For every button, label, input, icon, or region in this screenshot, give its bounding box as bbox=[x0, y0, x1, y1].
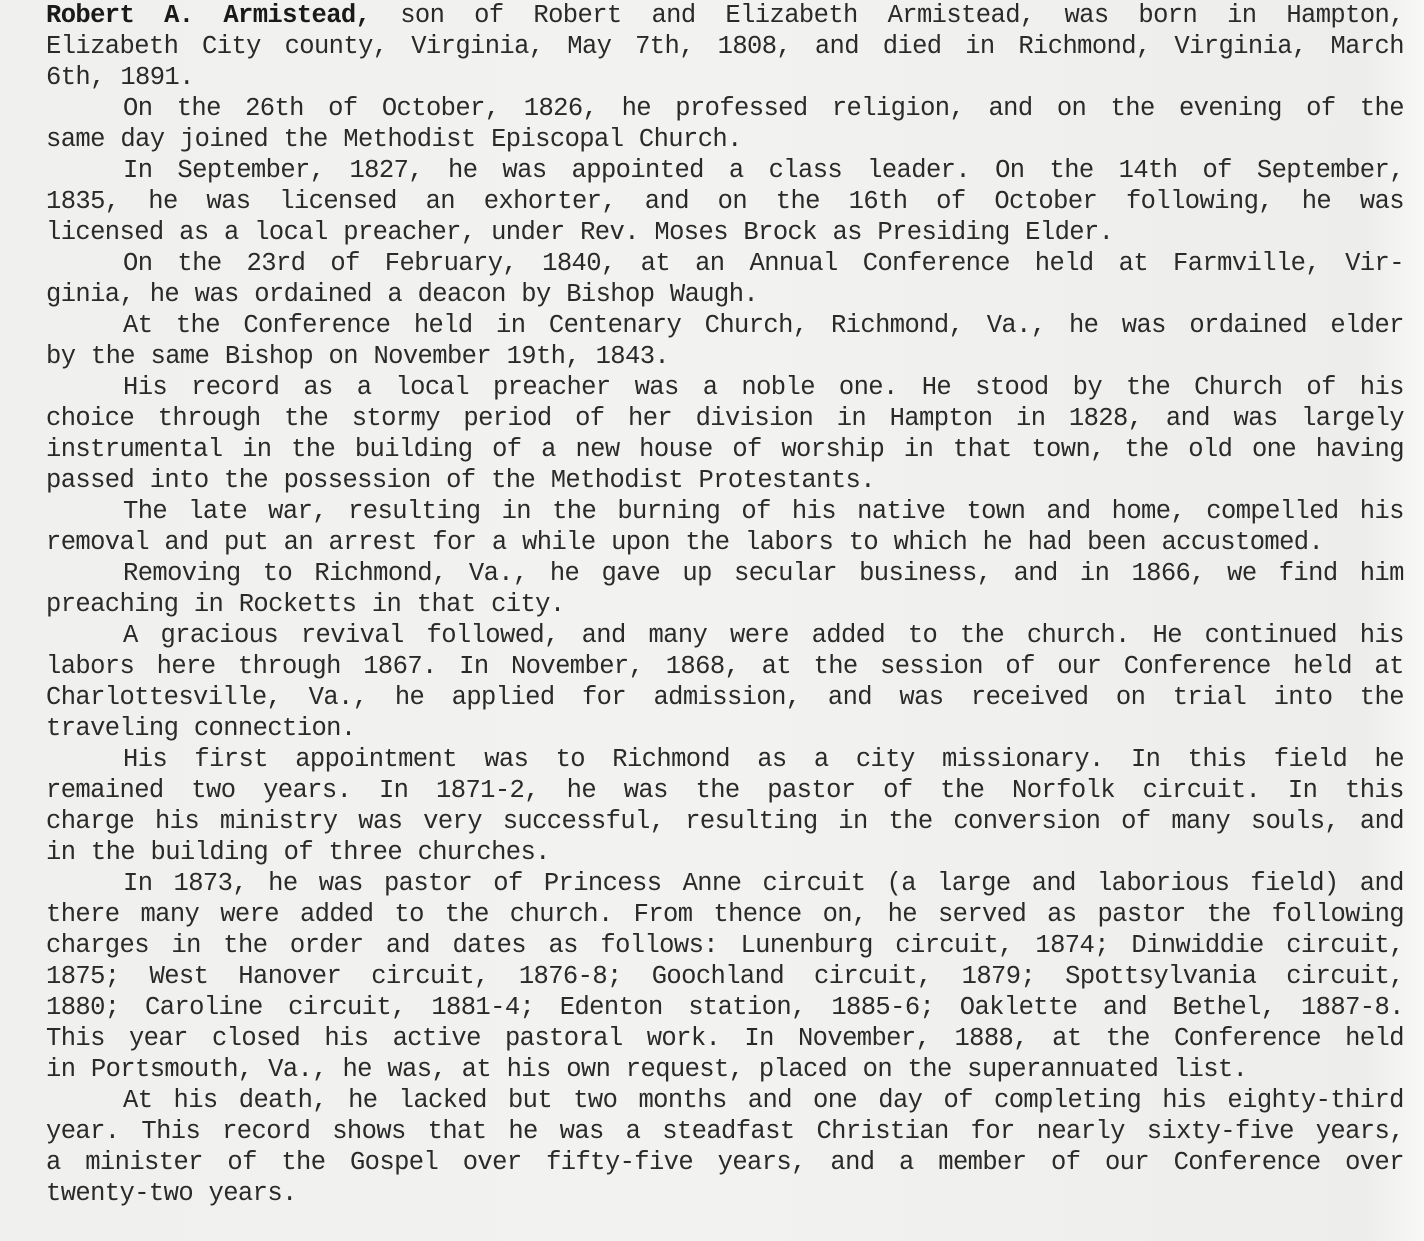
word: the bbox=[1106, 1023, 1150, 1054]
word: his bbox=[792, 496, 836, 527]
word: he bbox=[550, 558, 579, 589]
word: Rocketts bbox=[239, 589, 357, 620]
word: pastoral bbox=[505, 1023, 623, 1054]
text-line: laborsherethrough1867.InNovember,1868,at… bbox=[46, 651, 1404, 682]
word: field bbox=[1274, 744, 1348, 775]
word: placed bbox=[759, 1054, 847, 1085]
word: circuit bbox=[763, 868, 866, 899]
word: of bbox=[492, 434, 521, 465]
word: 1868, bbox=[666, 651, 740, 682]
word: years, bbox=[1316, 1116, 1404, 1147]
word: building bbox=[355, 434, 473, 465]
word: of bbox=[883, 775, 912, 806]
word: the bbox=[888, 806, 932, 837]
word: choice bbox=[46, 403, 134, 434]
word: Charlottesville, bbox=[46, 682, 281, 713]
word: of bbox=[284, 837, 313, 868]
word: Conference bbox=[1174, 1023, 1321, 1054]
word: Robert bbox=[533, 0, 621, 31]
word: and bbox=[828, 682, 872, 713]
word: traveling bbox=[46, 713, 178, 744]
word: in bbox=[1227, 0, 1256, 31]
word: From bbox=[634, 899, 693, 930]
word: business, bbox=[859, 558, 991, 589]
word: Conference bbox=[863, 248, 1010, 279]
word: 1840, bbox=[542, 248, 616, 279]
word: at bbox=[1374, 651, 1403, 682]
word: the bbox=[1050, 155, 1094, 186]
word: the bbox=[1360, 93, 1404, 124]
word: preacher bbox=[493, 372, 611, 403]
word: same bbox=[46, 124, 105, 155]
text-line: In1873,hewaspastorofPrincessAnnecircuit(… bbox=[46, 868, 1404, 899]
word: a bbox=[492, 527, 507, 558]
word: a bbox=[814, 744, 829, 775]
word: a bbox=[626, 1116, 641, 1147]
word: November bbox=[373, 341, 491, 372]
word: by bbox=[46, 341, 75, 372]
word: and bbox=[651, 0, 695, 31]
word: ordained bbox=[254, 279, 372, 310]
text-line: HisfirstappointmentwastoRichmondasacitym… bbox=[46, 744, 1404, 775]
word: his bbox=[155, 806, 199, 837]
word: one. bbox=[839, 372, 898, 403]
word: Anne bbox=[683, 868, 742, 899]
word: In bbox=[1288, 775, 1317, 806]
word: of bbox=[1121, 806, 1150, 837]
word: in bbox=[46, 837, 75, 868]
word: superannuated bbox=[967, 1054, 1158, 1085]
word: completing bbox=[994, 1085, 1141, 1116]
word: Virginia, bbox=[411, 31, 543, 62]
word: Presiding bbox=[877, 217, 1009, 248]
word: leader. bbox=[867, 155, 970, 186]
text-line: instrumentalinthebuildingofanewhouseofwo… bbox=[46, 434, 1404, 465]
word: native bbox=[857, 496, 945, 527]
word: that bbox=[953, 434, 1012, 465]
word: held bbox=[1293, 651, 1352, 682]
paragraph-late-war: Thelatewar,resultingintheburningofhisnat… bbox=[46, 496, 1404, 558]
word: Vir- bbox=[1345, 248, 1404, 279]
word: following, bbox=[1126, 186, 1273, 217]
word: order bbox=[290, 930, 364, 961]
word: Richmond bbox=[612, 744, 730, 775]
word: labors bbox=[745, 527, 833, 558]
word: His bbox=[123, 744, 167, 775]
paragraph-revival: Agraciousrevivalfollowed,andmanywereadde… bbox=[46, 620, 1404, 744]
word: he bbox=[983, 527, 1012, 558]
word: building bbox=[151, 837, 269, 868]
word: served bbox=[938, 899, 1026, 930]
word: Conference bbox=[1174, 1147, 1321, 1178]
word: at bbox=[1052, 1023, 1081, 1054]
word: 1891. bbox=[120, 62, 194, 93]
word: Conference bbox=[1124, 651, 1271, 682]
word: at bbox=[762, 651, 791, 682]
word: Moses bbox=[654, 217, 728, 248]
word: March bbox=[1330, 31, 1404, 62]
word: a bbox=[899, 1147, 914, 1178]
word: church. bbox=[1027, 620, 1130, 651]
word: 6th, bbox=[46, 62, 105, 93]
word: the bbox=[1360, 682, 1404, 713]
word: Church. bbox=[639, 124, 742, 155]
word: active bbox=[393, 1023, 481, 1054]
word: the bbox=[177, 248, 221, 279]
word: we bbox=[1227, 558, 1256, 589]
word: a bbox=[703, 372, 718, 403]
word: 1885-6; bbox=[831, 992, 934, 1023]
word: admission, bbox=[653, 682, 800, 713]
word: 1875; bbox=[46, 961, 120, 992]
word: in bbox=[838, 806, 867, 837]
word: compelled bbox=[1206, 496, 1338, 527]
text-line: ginia,hewasordainedadeaconbyBishopWaugh. bbox=[46, 279, 1404, 310]
word: Methodist bbox=[343, 124, 475, 155]
word: He bbox=[922, 372, 951, 403]
text-line: Thisyearclosedhisactivepastoralwork.InNo… bbox=[46, 1023, 1404, 1054]
word: member bbox=[938, 1147, 1026, 1178]
word: and bbox=[645, 186, 689, 217]
word: of bbox=[936, 186, 965, 217]
word: gracious bbox=[160, 620, 278, 651]
word: held bbox=[1345, 1023, 1404, 1054]
word: one bbox=[813, 1085, 857, 1116]
word: missionary. bbox=[942, 744, 1104, 775]
word: of bbox=[1306, 93, 1335, 124]
word: held bbox=[414, 310, 473, 341]
word: years. bbox=[209, 1178, 297, 1209]
word: that bbox=[417, 589, 476, 620]
word: applied bbox=[452, 682, 555, 713]
word: was bbox=[195, 279, 239, 310]
paragraph-birth-death: RobertA.Armistead,sonofRobertandElizabet… bbox=[46, 0, 1404, 93]
word: very bbox=[423, 806, 482, 837]
word: had bbox=[1028, 527, 1072, 558]
word: of bbox=[493, 868, 522, 899]
word: the bbox=[814, 651, 858, 682]
word: was bbox=[899, 682, 943, 713]
word: he bbox=[342, 1054, 371, 1085]
text-line: bythesameBishoponNovember19th,1843. bbox=[46, 341, 1404, 372]
word: Bethel, bbox=[1173, 992, 1276, 1023]
word: him bbox=[1360, 558, 1404, 589]
word: Rev. bbox=[580, 217, 639, 248]
word: house bbox=[639, 434, 713, 465]
paragraph-death: Athisdeath,helackedbuttwomonthsandoneday… bbox=[46, 1085, 1404, 1209]
word: dates bbox=[452, 930, 526, 961]
word: year. bbox=[46, 1116, 120, 1147]
word: large bbox=[937, 868, 1011, 899]
word: town bbox=[966, 496, 1025, 527]
word: circuit, bbox=[288, 992, 406, 1023]
word: In bbox=[459, 651, 488, 682]
word: added bbox=[812, 620, 886, 651]
word: here bbox=[157, 651, 216, 682]
text-line: chargehisministrywasverysuccessful,resul… bbox=[46, 806, 1404, 837]
word: souls, bbox=[1251, 806, 1339, 837]
word: 14th bbox=[1119, 155, 1178, 186]
word: a bbox=[729, 155, 744, 186]
word: and bbox=[1166, 403, 1210, 434]
word: under bbox=[491, 217, 565, 248]
word: while bbox=[522, 527, 596, 558]
text-line: Onthe23rdofFebruary,1840,atanAnnualConfe… bbox=[46, 248, 1404, 279]
word: 1827, bbox=[349, 155, 423, 186]
word: Virginia, bbox=[1174, 31, 1306, 62]
word: 1876-8; bbox=[519, 961, 622, 992]
word: laborious bbox=[1097, 868, 1229, 899]
word: steadfast bbox=[662, 1116, 794, 1147]
word: exhorter, bbox=[484, 186, 616, 217]
word: pastor bbox=[767, 775, 855, 806]
word: nearly bbox=[1037, 1116, 1125, 1147]
paragraph-first-appointment: HisfirstappointmentwastoRichmondasacitym… bbox=[46, 744, 1404, 868]
text-line: licensedasalocalpreacher,underRev.MosesB… bbox=[46, 217, 1404, 248]
word: at bbox=[1119, 248, 1148, 279]
word: of bbox=[741, 496, 770, 527]
word: Bishop bbox=[225, 341, 313, 372]
word: At bbox=[123, 1085, 152, 1116]
word: 1835, bbox=[46, 186, 120, 217]
word: ginia, bbox=[46, 279, 134, 310]
word: find bbox=[1279, 558, 1338, 589]
word: ministry bbox=[220, 806, 338, 837]
word: on bbox=[1116, 682, 1145, 713]
word: new bbox=[575, 434, 619, 465]
word: 26th bbox=[245, 93, 304, 124]
word: death, bbox=[239, 1085, 327, 1116]
word: field) bbox=[1250, 868, 1338, 899]
word: 1808, bbox=[718, 31, 792, 62]
word: over bbox=[463, 1147, 522, 1178]
word: The bbox=[123, 496, 167, 527]
word: through bbox=[238, 651, 341, 682]
word: to bbox=[908, 620, 937, 651]
word: in bbox=[194, 589, 223, 620]
word: having bbox=[1316, 434, 1404, 465]
text-line: remainedtwoyears.In1871-2,hewasthepastor… bbox=[46, 775, 1404, 806]
word: held bbox=[1035, 248, 1094, 279]
word: a bbox=[46, 1147, 61, 1178]
word: sixty-five bbox=[1147, 1116, 1294, 1147]
word: day bbox=[878, 1085, 922, 1116]
word: as bbox=[757, 744, 786, 775]
word: City bbox=[202, 31, 261, 62]
text-line: Athisdeath,helackedbuttwomonthsandoneday… bbox=[46, 1085, 1404, 1116]
word: he bbox=[622, 93, 651, 124]
word: and bbox=[582, 620, 626, 651]
word: the bbox=[776, 186, 820, 217]
word: for bbox=[971, 1116, 1015, 1147]
word: the bbox=[491, 465, 535, 496]
word: Va., bbox=[309, 682, 368, 713]
word: he bbox=[148, 186, 177, 217]
word: two bbox=[573, 1085, 617, 1116]
word: an bbox=[426, 186, 455, 217]
word: of bbox=[944, 1085, 973, 1116]
word: as bbox=[1047, 899, 1076, 930]
word: as bbox=[303, 372, 332, 403]
word: 19th, bbox=[507, 341, 581, 372]
paragraph-elder: AttheConferenceheldinCentenaryChurch,Ric… bbox=[46, 310, 1404, 372]
word: Oaklette bbox=[960, 992, 1078, 1023]
word: this bbox=[1188, 744, 1247, 775]
word: largely bbox=[1301, 403, 1404, 434]
word: he bbox=[567, 775, 596, 806]
word: circuit, bbox=[1286, 961, 1404, 992]
word: Conference bbox=[243, 310, 390, 341]
text-line: ElizabethCitycounty,Virginia,May7th,1808… bbox=[46, 31, 1404, 62]
word: put bbox=[224, 527, 268, 558]
text-line: samedayjoinedtheMethodistEpiscopalChurch… bbox=[46, 124, 1404, 155]
word: in bbox=[171, 930, 200, 961]
text-line: inthebuildingofthreechurches. bbox=[46, 837, 1404, 868]
word: this bbox=[1345, 775, 1404, 806]
word: record bbox=[222, 1116, 310, 1147]
word: record bbox=[191, 372, 279, 403]
word: remained bbox=[46, 775, 164, 806]
word: Dinwiddie bbox=[1131, 930, 1263, 961]
text-line: passedintothepossessionoftheMethodistPro… bbox=[46, 465, 1404, 496]
word: removal bbox=[46, 527, 149, 558]
word: and bbox=[164, 527, 208, 558]
text-line: Charlottesville,Va.,heappliedforadmissio… bbox=[46, 682, 1404, 713]
word: and bbox=[1103, 992, 1147, 1023]
word: was bbox=[358, 806, 402, 837]
word: Lunenburg bbox=[740, 930, 872, 961]
word: our bbox=[1057, 651, 1101, 682]
word: first bbox=[194, 744, 268, 775]
word: over bbox=[1345, 1147, 1404, 1178]
word: and bbox=[748, 1085, 792, 1116]
word: Edenton bbox=[560, 992, 663, 1023]
word: by bbox=[1073, 372, 1102, 403]
word: On bbox=[123, 93, 152, 124]
word: the bbox=[960, 620, 1004, 651]
word: division bbox=[696, 403, 814, 434]
word: in bbox=[502, 496, 531, 527]
word: November, bbox=[511, 651, 643, 682]
word: and bbox=[830, 1147, 874, 1178]
word: a bbox=[541, 434, 556, 465]
text-line: Onthe26thofOctober,1826,heprofessedrelig… bbox=[46, 93, 1404, 124]
word: Farmville, bbox=[1173, 248, 1320, 279]
word: was bbox=[206, 186, 250, 217]
word: In bbox=[1131, 744, 1160, 775]
word: licensed bbox=[46, 217, 164, 248]
word: 1879; bbox=[962, 961, 1036, 992]
word: a bbox=[357, 372, 372, 403]
word: Va., bbox=[987, 310, 1046, 341]
word: up bbox=[682, 558, 711, 589]
word: On bbox=[995, 155, 1024, 186]
text-line: InSeptember,1827,hewasappointedaclasslea… bbox=[46, 155, 1404, 186]
word: the bbox=[1111, 93, 1155, 124]
text-line: AttheConferenceheldinCentenaryChurch,Ric… bbox=[46, 310, 1404, 341]
text-line: chargesintheorderanddatesasfollows:Lunen… bbox=[46, 930, 1404, 961]
text-line: theremanywereaddedtothechurch.Fromthence… bbox=[46, 899, 1404, 930]
word: 1866, bbox=[1131, 558, 1205, 589]
word: 1888, bbox=[954, 1023, 1028, 1054]
word: a bbox=[224, 217, 239, 248]
word: stormy bbox=[352, 403, 440, 434]
word: at bbox=[462, 1054, 491, 1085]
word: circuit, bbox=[814, 961, 932, 992]
word: of bbox=[1005, 651, 1034, 682]
word: conversion bbox=[953, 806, 1100, 837]
word: and bbox=[988, 93, 1032, 124]
word: the bbox=[445, 899, 489, 930]
word: 1871-2, bbox=[436, 775, 539, 806]
word: appointment bbox=[295, 744, 457, 775]
text-line: inPortsmouth,Va.,hewas,athisownrequest,p… bbox=[46, 1054, 1404, 1085]
word: 1874; bbox=[1035, 930, 1109, 961]
word: the bbox=[908, 1054, 952, 1085]
word: Richmond, bbox=[314, 558, 446, 589]
word: own bbox=[566, 1054, 610, 1085]
text-line: year.ThisrecordshowsthathewasasteadfastC… bbox=[46, 1116, 1404, 1147]
word: resulting bbox=[685, 806, 817, 837]
word: year bbox=[129, 1023, 188, 1054]
subject-name: Robert bbox=[46, 0, 134, 31]
word: was bbox=[635, 372, 679, 403]
word: to bbox=[263, 558, 292, 589]
word: the bbox=[291, 434, 335, 465]
word: Norfolk bbox=[1012, 775, 1115, 806]
word: died bbox=[883, 31, 942, 62]
word: in bbox=[242, 434, 271, 465]
text-line: 1875;WestHanovercircuit,1876-8;Goochland… bbox=[46, 961, 1404, 992]
word: Annual bbox=[750, 248, 838, 279]
word: into bbox=[1274, 682, 1333, 713]
word: churches. bbox=[418, 837, 550, 868]
word: three bbox=[329, 837, 403, 868]
word: In bbox=[744, 1023, 773, 1054]
word: His bbox=[123, 372, 167, 403]
word: the bbox=[552, 496, 596, 527]
word: through bbox=[158, 403, 261, 434]
word: on bbox=[863, 1054, 892, 1085]
word: 1828, bbox=[1069, 403, 1143, 434]
word: fifty-five bbox=[546, 1147, 693, 1178]
word: Gospel bbox=[350, 1147, 438, 1178]
text-line: RemovingtoRichmond,Va.,hegaveupsecularbu… bbox=[46, 558, 1404, 589]
word: stood bbox=[975, 372, 1049, 403]
word: the bbox=[91, 837, 135, 868]
word: the bbox=[224, 465, 268, 496]
word: of bbox=[1306, 372, 1335, 403]
text-line: travelingconnection. bbox=[46, 713, 1404, 744]
word: session bbox=[880, 651, 983, 682]
word: at bbox=[641, 248, 670, 279]
word: ordained bbox=[1189, 310, 1307, 341]
word: in bbox=[837, 403, 866, 434]
word: October bbox=[994, 186, 1097, 217]
word: burning bbox=[617, 496, 720, 527]
word: deacon bbox=[418, 279, 506, 310]
word: request, bbox=[626, 1054, 744, 1085]
word: Va., bbox=[469, 558, 528, 589]
word: he bbox=[448, 155, 477, 186]
word: Centenary bbox=[549, 310, 681, 341]
word: of bbox=[1051, 1147, 1080, 1178]
word: and bbox=[1032, 868, 1076, 899]
word: circuit, bbox=[1286, 930, 1404, 961]
word: twenty-two bbox=[46, 1178, 193, 1209]
word: evening bbox=[1179, 93, 1282, 124]
word: circuit, bbox=[895, 930, 1013, 961]
